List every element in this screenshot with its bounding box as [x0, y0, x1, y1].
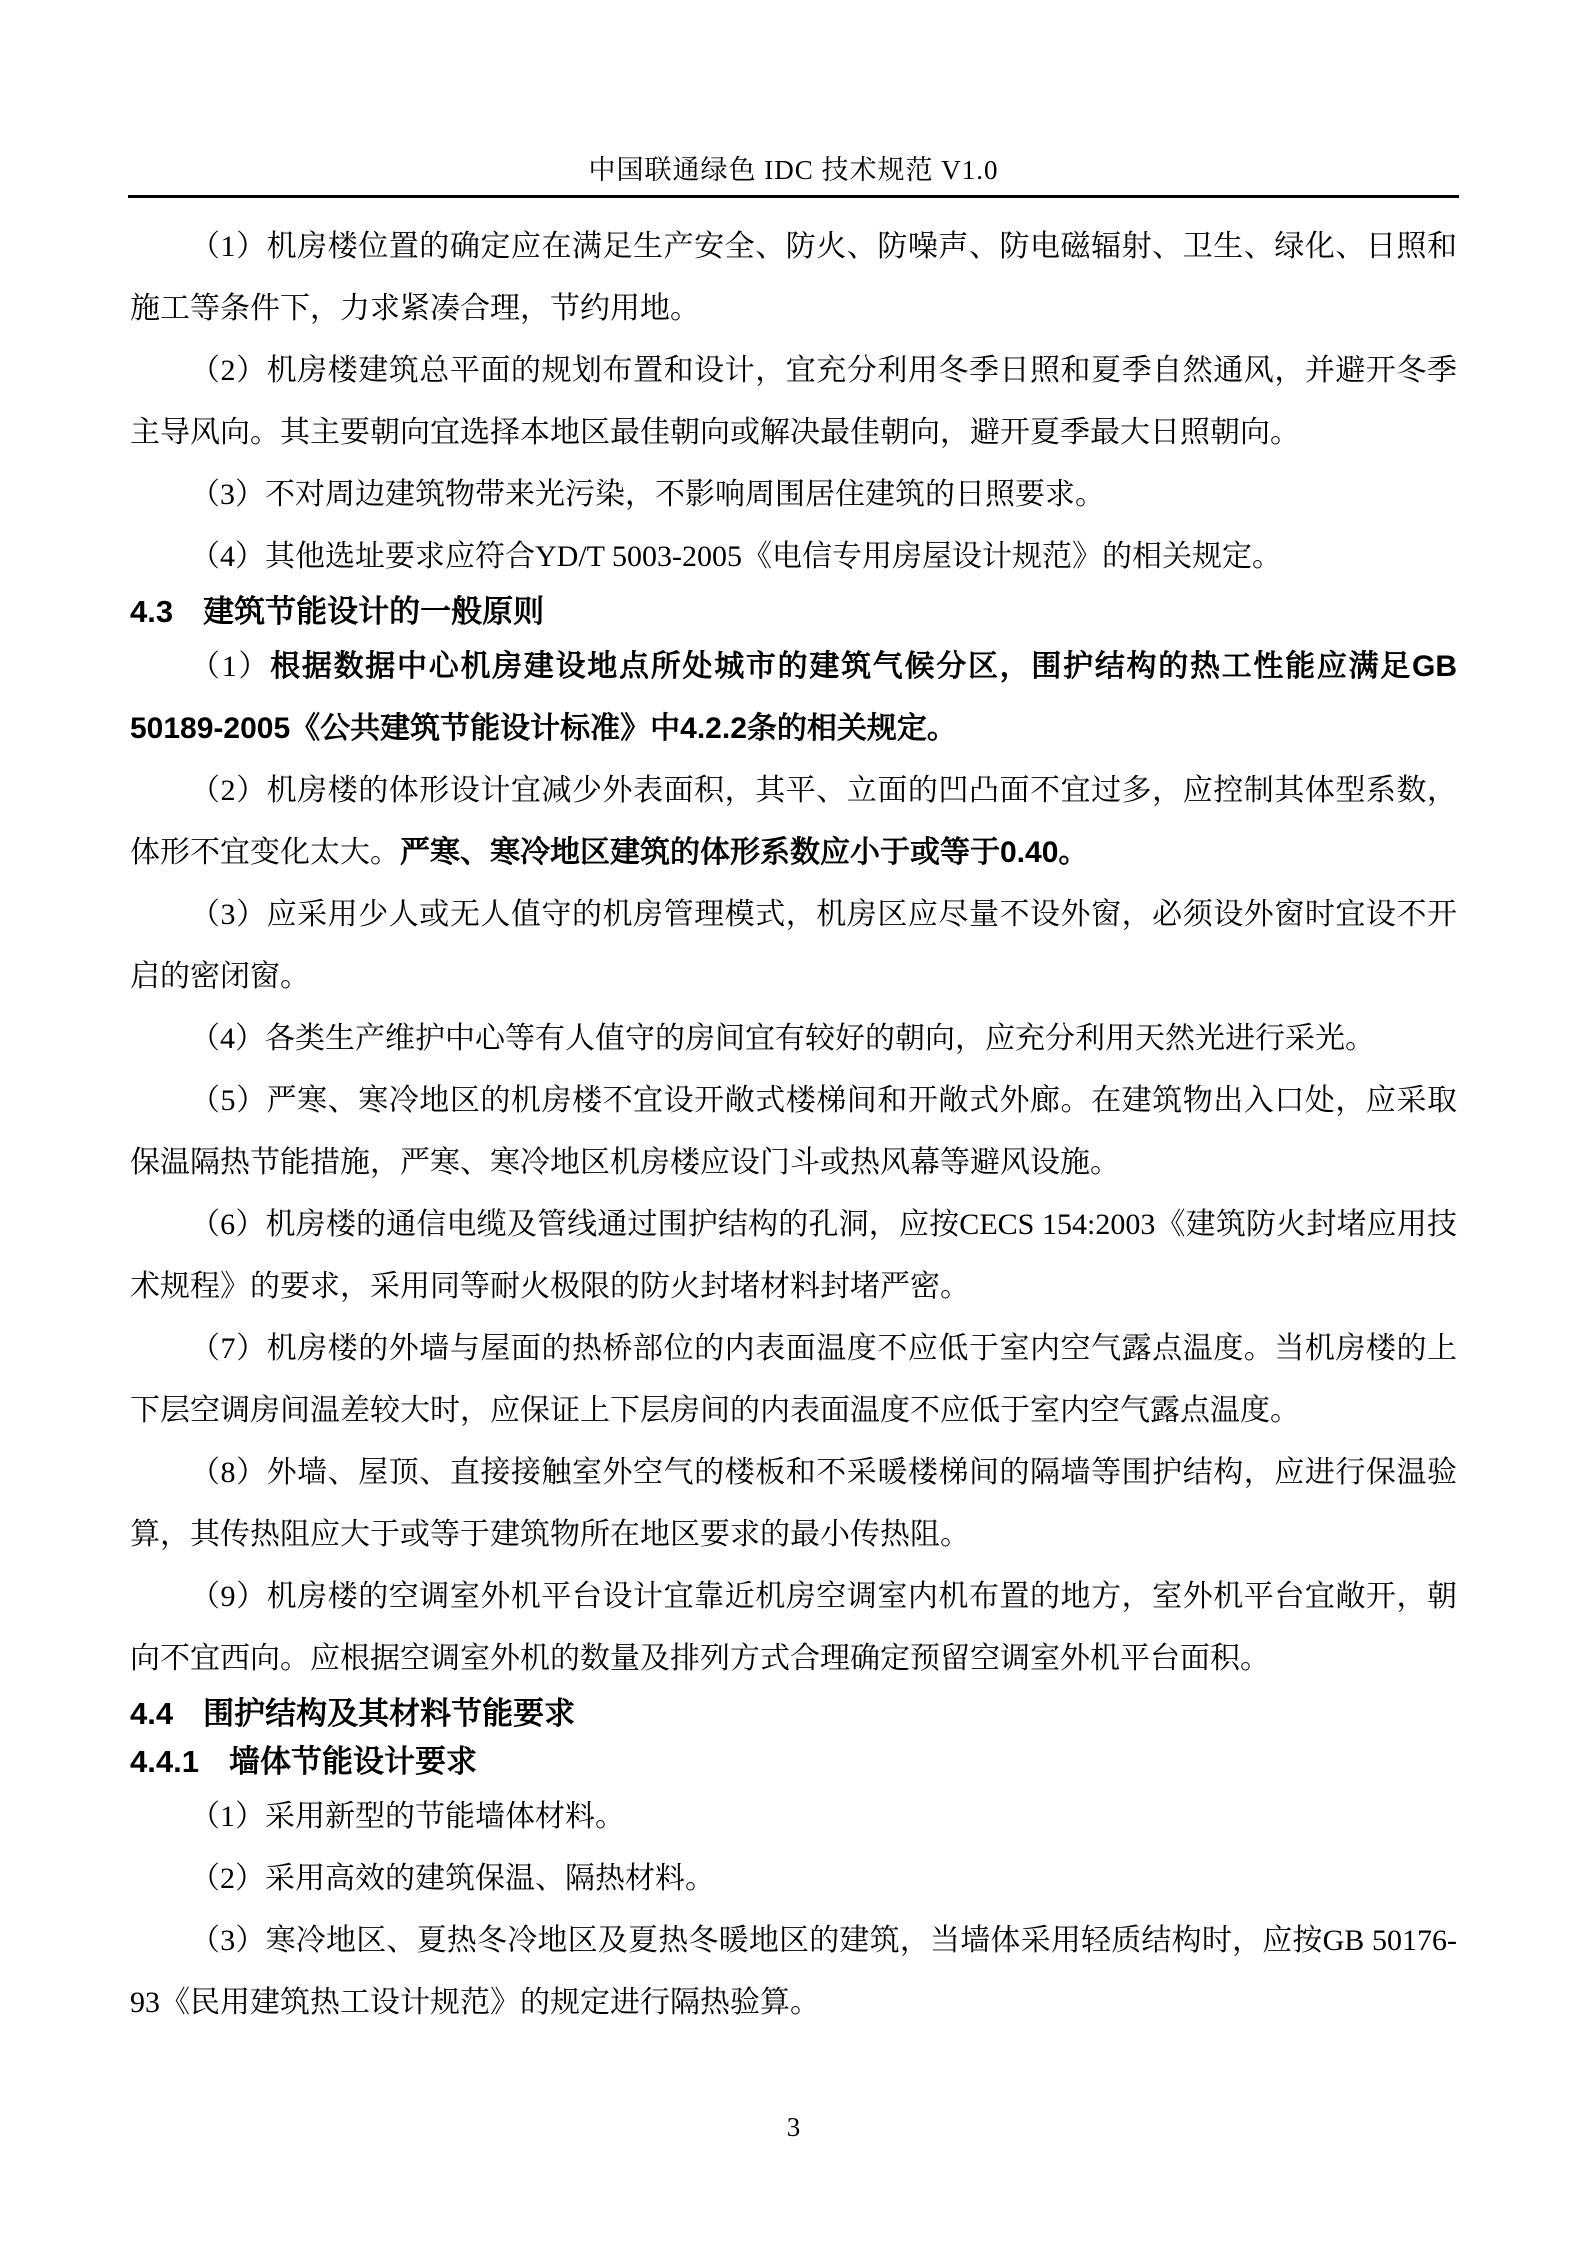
body-paragraph: （3）不对周边建筑物带来光污染，不影响周围居住建筑的日照要求。	[130, 464, 1457, 526]
section-title: 墙体节能设计要求	[229, 1744, 477, 1779]
section-number: 4.3	[130, 588, 173, 636]
text-segment: （4）其他选址要求应符合YD/T 5003-2005《电信专用房屋设计规范》的相…	[190, 540, 1282, 573]
text-segment: （5）严寒、寒冷地区的机房楼不宜设开敞式楼梯间和开敞式外廊。在建筑物出入口处，应…	[130, 1084, 1457, 1179]
body-paragraph: （1）机房楼位置的确定应在满足生产安全、防火、防噪声、防电磁辐射、卫生、绿化、日…	[130, 216, 1457, 340]
text-segment: （9）机房楼的空调室外机平台设计宜靠近机房空调室内机布置的地方，室外机平台宜敞开…	[130, 1580, 1457, 1675]
page-header: 中国联通绿色 IDC 技术规范 V1.0	[128, 0, 1459, 198]
body-paragraph: （4）各类生产维护中心等有人值守的房间宜有较好的朝向，应充分利用天然光进行采光。	[130, 1008, 1457, 1070]
text-segment: （3）应采用少人或无人值守的机房管理模式，机房区应尽量不设外窗，必须设外窗时宜设…	[130, 898, 1457, 993]
text-segment: 严寒、寒冷地区建筑的体形系数应小于或等于0.40。	[400, 836, 1088, 869]
text-segment: （3）寒冷地区、夏热冬冷地区及夏热冬暖地区的建筑，当墙体采用轻质结构时，应按GB…	[130, 1924, 1457, 2019]
text-segment: （1）机房楼位置的确定应在满足生产安全、防火、防噪声、防电磁辐射、卫生、绿化、日…	[130, 230, 1457, 325]
text-segment: （7）机房楼的外墙与屋面的热桥部位的内表面温度不应低于室内空气露点温度。当机房楼…	[130, 1332, 1457, 1427]
section-heading: 4.4.1墙体节能设计要求	[130, 1738, 1457, 1786]
section-heading: 4.4围护结构及其材料节能要求	[130, 1690, 1457, 1738]
body-paragraph: （7）机房楼的外墙与屋面的热桥部位的内表面温度不应低于室内空气露点温度。当机房楼…	[130, 1318, 1457, 1442]
body-paragraph: （2）机房楼的体形设计宜减少外表面积，其平、立面的凹凸面不宜过多，应控制其体型系…	[130, 760, 1457, 884]
section-heading: 4.3建筑节能设计的一般原则	[130, 588, 1457, 636]
body-paragraph: （1）采用新型的节能墙体材料。	[130, 1786, 1457, 1848]
section-number: 4.4.1	[130, 1738, 199, 1786]
body-paragraph: （4）其他选址要求应符合YD/T 5003-2005《电信专用房屋设计规范》的相…	[130, 526, 1457, 588]
header-title: 中国联通绿色 IDC 技术规范 V1.0	[589, 155, 999, 185]
section-number: 4.4	[130, 1690, 173, 1738]
document-page: 中国联通绿色 IDC 技术规范 V1.0 （1）机房楼位置的确定应在满足生产安全…	[0, 0, 1587, 2245]
body-paragraph: （5）严寒、寒冷地区的机房楼不宜设开敞式楼梯间和开敞式外廊。在建筑物出入口处，应…	[130, 1070, 1457, 1194]
document-body: （1）机房楼位置的确定应在满足生产安全、防火、防噪声、防电磁辐射、卫生、绿化、日…	[130, 198, 1457, 2034]
section-title: 建筑节能设计的一般原则	[203, 594, 544, 629]
body-paragraph: （3）应采用少人或无人值守的机房管理模式，机房区应尽量不设外窗，必须设外窗时宜设…	[130, 884, 1457, 1008]
text-segment: 根据数据中心机房建设地点所处城市的建筑气候分区，围护结构的热工性能应满足GB 5…	[130, 650, 1457, 745]
body-paragraph: （2）采用高效的建筑保温、隔热材料。	[130, 1848, 1457, 1910]
text-segment: （6）机房楼的通信电缆及管线通过围护结构的孔洞，应按CECS 154:2003《…	[130, 1208, 1457, 1303]
body-paragraph: （1）根据数据中心机房建设地点所处城市的建筑气候分区，围护结构的热工性能应满足G…	[130, 636, 1457, 760]
body-paragraph: （6）机房楼的通信电缆及管线通过围护结构的孔洞，应按CECS 154:2003《…	[130, 1194, 1457, 1318]
text-segment: （4）各类生产维护中心等有人值守的房间宜有较好的朝向，应充分利用天然光进行采光。	[190, 1022, 1375, 1055]
body-paragraph: （3）寒冷地区、夏热冬冷地区及夏热冬暖地区的建筑，当墙体采用轻质结构时，应按GB…	[130, 1910, 1457, 2034]
page-footer: 3	[0, 2112, 1587, 2143]
text-segment: （1）	[190, 650, 270, 683]
page-number: 3	[787, 2112, 801, 2142]
text-segment: （2）机房楼建筑总平面的规划布置和设计，宜充分利用冬季日照和夏季自然通风，并避开…	[130, 354, 1457, 449]
text-segment: （8）外墙、屋顶、直接接触室外空气的楼板和不采暖楼梯间的隔墙等围护结构，应进行保…	[130, 1456, 1457, 1551]
body-paragraph: （9）机房楼的空调室外机平台设计宜靠近机房空调室内机布置的地方，室外机平台宜敞开…	[130, 1566, 1457, 1690]
body-paragraph: （8）外墙、屋顶、直接接触室外空气的楼板和不采暖楼梯间的隔墙等围护结构，应进行保…	[130, 1442, 1457, 1566]
section-title: 围护结构及其材料节能要求	[203, 1696, 575, 1731]
body-paragraph: （2）机房楼建筑总平面的规划布置和设计，宜充分利用冬季日照和夏季自然通风，并避开…	[130, 340, 1457, 464]
text-segment: （1）采用新型的节能墙体材料。	[190, 1800, 625, 1833]
text-segment: （2）采用高效的建筑保温、隔热材料。	[190, 1862, 715, 1895]
text-segment: （3）不对周边建筑物带来光污染，不影响周围居住建筑的日照要求。	[190, 478, 1105, 511]
